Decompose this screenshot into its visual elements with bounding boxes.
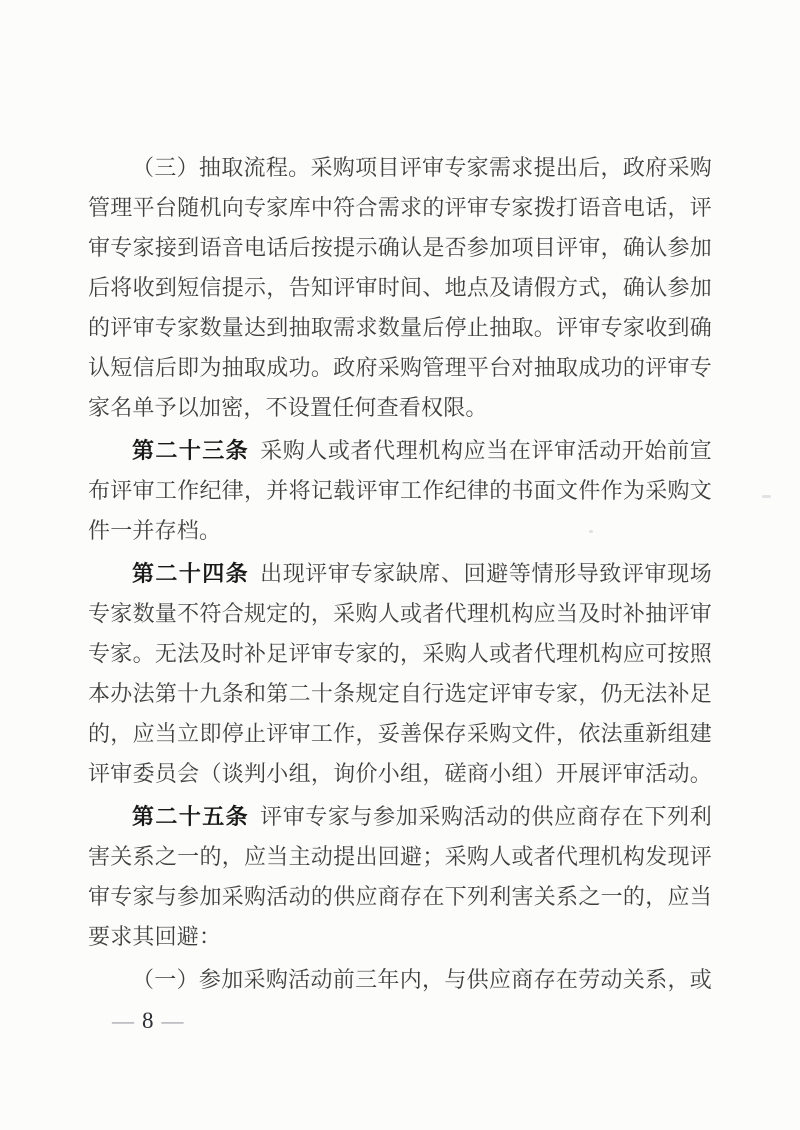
text-line: 第二十三条采购人或者代理机构应当在评审活动开始前宣 xyxy=(88,431,712,471)
text-line: 布评审工作纪律，并将记载评审工作纪律的书面文件作为采购文 xyxy=(88,471,712,511)
text-segment: 出现评审专家缺席、回避等情形导致评审现场 xyxy=(260,561,712,586)
text-segment: 的，应当立即停止评审工作，妥善保存采购文件，依法重新组建 xyxy=(88,721,712,746)
footer-right-dash: — xyxy=(162,1005,184,1037)
text-line: 本办法第十九条和第二十条规定自行选定评审专家，仍无法补足 xyxy=(88,674,712,714)
text-segment: 的评审专家数量达到抽取需求数量后停止抽取。评审专家收到确 xyxy=(88,315,712,340)
text-line: 审专家与参加采购活动的供应商存在下列利害关系之一的，应当 xyxy=(88,877,712,917)
text-line: 评审委员会（谈判小组，询价小组，磋商小组）开展评审活动。 xyxy=(88,754,712,794)
text-line: 件一并存档。 xyxy=(88,511,712,551)
text-line: （三）抽取流程。采购项目评审专家需求提出后，政府采购 xyxy=(88,148,712,188)
text-segment: 布评审工作纪律，并将记载评审工作纪律的书面文件作为采购文 xyxy=(88,478,712,503)
text-segment: 认短信后即为抽取成功。政府采购管理平台对抽取成功的评审专 xyxy=(88,355,712,380)
document-lines: （三）抽取流程。采购项目评审专家需求提出后，政府采购管理平台随机向专家库中符合需… xyxy=(88,148,712,1000)
scan-speck xyxy=(589,530,593,533)
footer-left-dash: — xyxy=(112,1005,134,1037)
text-segment: （一）参加采购活动前三年内，与供应商存在劳动关系，或 xyxy=(132,967,712,992)
text-line: 后将收到短信提示，告知评审时间、地点及请假方式，确认参加 xyxy=(88,268,712,308)
page-number: 8 xyxy=(142,1005,154,1037)
document-body: （三）抽取流程。采购项目评审专家需求提出后，政府采购管理平台随机向专家库中符合需… xyxy=(88,148,712,1000)
page-footer: — 8 — xyxy=(112,1005,184,1037)
document-page: （三）抽取流程。采购项目评审专家需求提出后，政府采购管理平台随机向专家库中符合需… xyxy=(0,0,800,1130)
text-line: 家名单予以加密，不设置任何查看权限。 xyxy=(88,388,712,428)
text-segment: 专家数量不符合规定的，采购人或者代理机构应当及时补抽评审 xyxy=(88,601,712,626)
text-segment: 审专家接到语音电话后按提示确认是否参加项目评审，确认参加 xyxy=(88,235,712,260)
text-line: 害关系之一的，应当主动提出回避；采购人或者代理机构发现评 xyxy=(88,837,712,877)
text-segment: 本办法第十九条和第二十条规定自行选定评审专家，仍无法补足 xyxy=(88,681,712,706)
text-segment: （三）抽取流程。采购项目评审专家需求提出后，政府采购 xyxy=(132,155,712,180)
text-line: 的，应当立即停止评审工作，妥善保存采购文件，依法重新组建 xyxy=(88,714,712,754)
text-segment: 后将收到短信提示，告知评审时间、地点及请假方式，确认参加 xyxy=(88,275,712,300)
text-segment: 审专家与参加采购活动的供应商存在下列利害关系之一的，应当 xyxy=(88,884,712,909)
text-segment: 评审专家与参加采购活动的供应商存在下列利 xyxy=(260,804,712,829)
text-segment: 害关系之一的，应当主动提出回避；采购人或者代理机构发现评 xyxy=(88,844,712,869)
text-segment: 评审委员会（谈判小组，询价小组，磋商小组）开展评审活动。 xyxy=(88,761,712,786)
text-line: 审专家接到语音电话后按提示确认是否参加项目评审，确认参加 xyxy=(88,228,712,268)
text-line: 专家。无法及时补足评审专家的，采购人或者代理机构应可按照 xyxy=(88,634,712,674)
article-number: 第二十三条 xyxy=(132,438,249,463)
text-segment: 专家。无法及时补足评审专家的，采购人或者代理机构应可按照 xyxy=(88,641,712,666)
article-number: 第二十五条 xyxy=(132,804,249,829)
text-line: 第二十五条评审专家与参加采购活动的供应商存在下列利 xyxy=(88,797,712,837)
text-line: 要求其回避： xyxy=(88,917,712,957)
scan-speck xyxy=(762,495,771,498)
text-segment: 要求其回避： xyxy=(88,924,221,949)
text-line: 的评审专家数量达到抽取需求数量后停止抽取。评审专家收到确 xyxy=(88,308,712,348)
text-line: 管理平台随机向专家库中符合需求的评审专家拨打语音电话，评 xyxy=(88,188,712,228)
text-segment: 管理平台随机向专家库中符合需求的评审专家拨打语音电话，评 xyxy=(88,195,712,220)
text-segment: 家名单予以加密，不设置任何查看权限。 xyxy=(88,395,488,420)
text-line: 认短信后即为抽取成功。政府采购管理平台对抽取成功的评审专 xyxy=(88,348,712,388)
text-line: 专家数量不符合规定的，采购人或者代理机构应当及时补抽评审 xyxy=(88,594,712,634)
article-number: 第二十四条 xyxy=(132,561,249,586)
text-line: 第二十四条出现评审专家缺席、回避等情形导致评审现场 xyxy=(88,554,712,594)
text-segment: 件一并存档。 xyxy=(88,518,221,543)
text-line: （一）参加采购活动前三年内，与供应商存在劳动关系，或 xyxy=(88,960,712,1000)
text-segment: 采购人或者代理机构应当在评审活动开始前宣 xyxy=(260,438,712,463)
